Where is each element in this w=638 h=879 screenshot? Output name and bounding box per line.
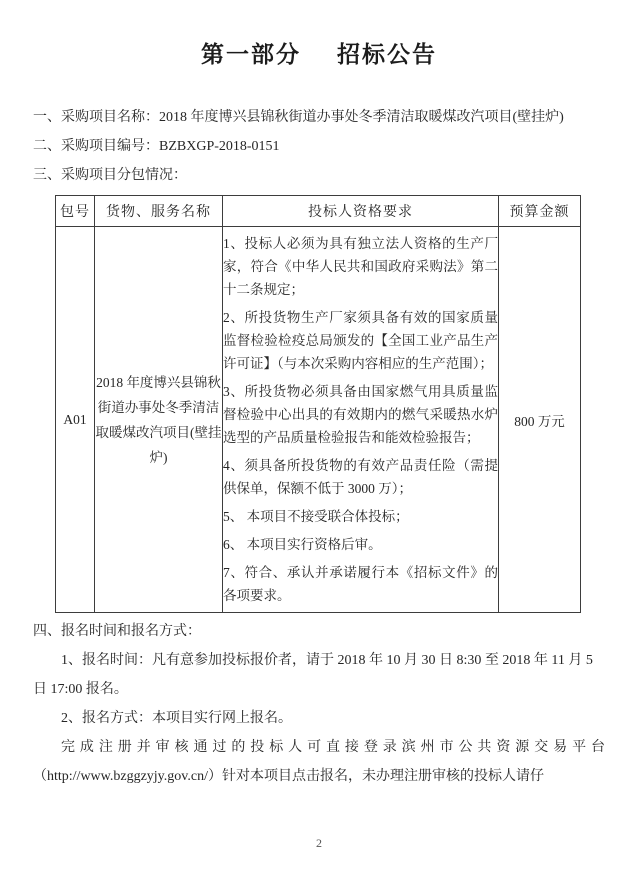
requirement-item: 2、所投货物生产厂家须具备有效的国家质量监督检验检疫总局颁发的【全国工业产品生产… — [223, 306, 498, 375]
column-header-qualifications: 投标人资格要求 — [223, 196, 499, 227]
page-title-part2: 招标公告 — [337, 41, 437, 67]
packages-table: 包号 货物、服务名称 投标人资格要求 预算金额 A01 2018 年度博兴县锦秋… — [55, 195, 581, 613]
budget-cell: 800 万元 — [499, 227, 581, 613]
page-title-part1: 第一部分 — [201, 41, 301, 67]
requirement-item: 5、 本项目不接受联合体投标； — [223, 505, 498, 528]
requirement-item: 6、 本项目实行资格后审。 — [223, 533, 498, 556]
qualifications-cell: 1、投标人必须为具有独立法人资格的生产厂家，符合《中华人民共和国政府采购法》第二… — [223, 227, 499, 613]
column-header-service-name: 货物、服务名称 — [95, 196, 223, 227]
registration-platform-paragraph: 完成注册并审核通过的投标人可直接登录滨州市公共资源交易平台（http://www… — [33, 733, 605, 791]
requirement-item: 3、所投货物必须具备由国家燃气用具质量监督检验中心出具的有效期内的燃气采暖热水炉… — [223, 380, 498, 449]
section4-heading: 四、报名时间和报名方式： — [33, 617, 605, 646]
requirement-item: 1、投标人必须为具有独立法人资格的生产厂家，符合《中华人民共和国政府采购法》第二… — [223, 232, 498, 301]
page-number: 2 — [0, 836, 638, 851]
page-title: 第一部分招标公告 — [33, 36, 605, 69]
document-page: 第一部分招标公告 一、采购项目名称：2018 年度博兴县锦秋街道办事处冬季清洁取… — [0, 0, 638, 879]
packages-heading-line: 三、采购项目分包情况： — [33, 161, 605, 190]
table-row: A01 2018 年度博兴县锦秋街道办事处冬季清洁取暖煤改汽项目(壁挂炉) 1、… — [56, 227, 581, 613]
requirement-item: 7、符合、承认并承诺履行本《招标文件》的各项要求。 — [223, 561, 498, 607]
registration-time-line: 1、报名时间：凡有意参加投标报价者，请于 2018 年 10 月 30 日 8:… — [33, 646, 605, 704]
project-name-line: 一、采购项目名称：2018 年度博兴县锦秋街道办事处冬季清洁取暖煤改汽项目(壁挂… — [33, 103, 605, 132]
service-name-cell: 2018 年度博兴县锦秋街道办事处冬季清洁取暖煤改汽项目(壁挂炉) — [95, 227, 223, 613]
project-number-line: 二、采购项目编号：BZBXGP-2018-0151 — [33, 132, 605, 161]
table-header-row: 包号 货物、服务名称 投标人资格要求 预算金额 — [56, 196, 581, 227]
requirement-item: 4、须具备所投货物的有效产品责任险（需提供保单，保额不低于 3000 万）； — [223, 454, 498, 500]
column-header-budget: 预算金额 — [499, 196, 581, 227]
package-no-cell: A01 — [56, 227, 95, 613]
column-header-package-no: 包号 — [56, 196, 95, 227]
registration-method-line: 2、报名方式：本项目实行网上报名。 — [33, 704, 605, 733]
